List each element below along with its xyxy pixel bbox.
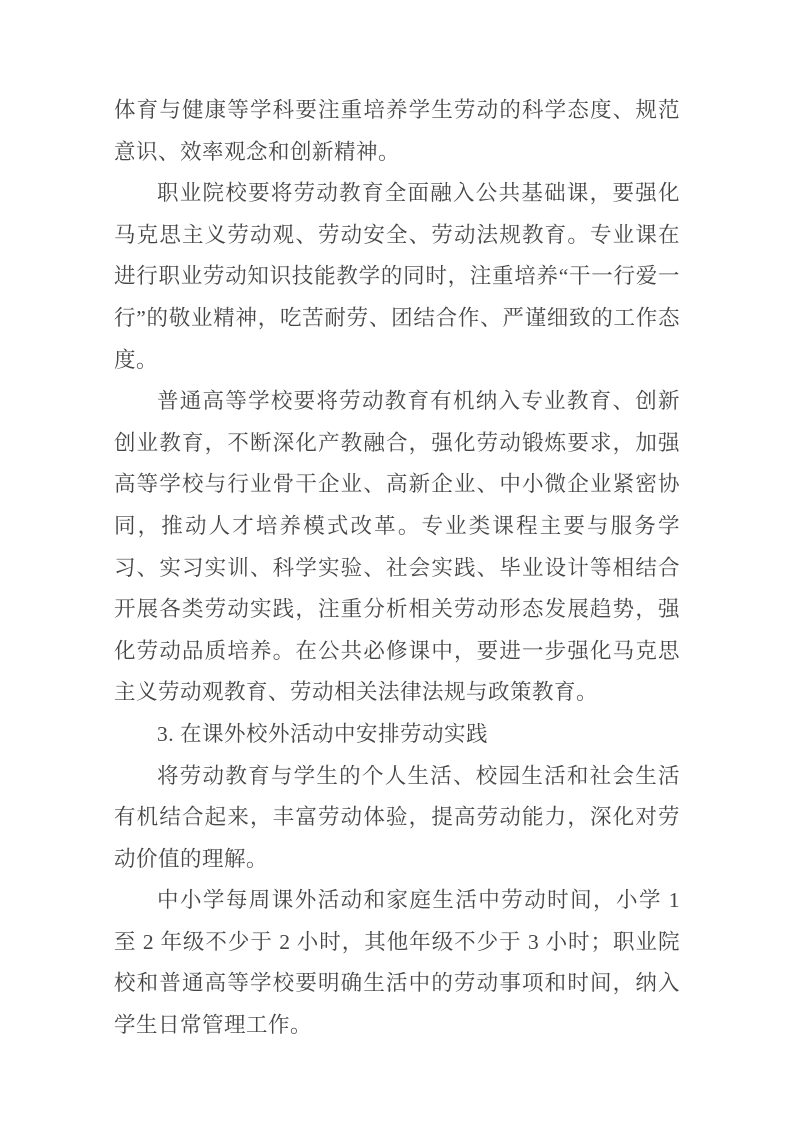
body-paragraph-higher-education: 普通高等学校要将劳动教育有机纳入专业教育、创新创业教育，不断深化产教融合，强化劳… — [114, 381, 680, 714]
body-paragraph-continuation: 体育与健康等学科要注重培养学生劳动的科学态度、规范意识、效率观念和创新精神。 — [114, 90, 680, 173]
document-text-block: 体育与健康等学科要注重培养学生劳动的科学态度、规范意识、效率观念和创新精神。 职… — [114, 90, 680, 1047]
body-paragraph-weekly-labor-time: 中小学每周课外活动和家庭生活中劳动时间，小学 1 至 2 年级不少于 2 小时，… — [114, 880, 680, 1046]
body-paragraph-life-integration: 将劳动教育与学生的个人生活、校园生活和社会生活有机结合起来，丰富劳动体验，提高劳… — [114, 756, 680, 881]
body-paragraph-vocational-schools: 职业院校要将劳动教育全面融入公共基础课，要强化马克思主义劳动观、劳动安全、劳动法… — [114, 173, 680, 381]
numbered-heading-extracurricular-labor-practice: 3. 在课外校外活动中安排劳动实践 — [114, 714, 680, 756]
document-page: 体育与健康等学科要注重培养学生劳动的科学态度、规范意识、效率观念和创新精神。 职… — [0, 0, 793, 1122]
